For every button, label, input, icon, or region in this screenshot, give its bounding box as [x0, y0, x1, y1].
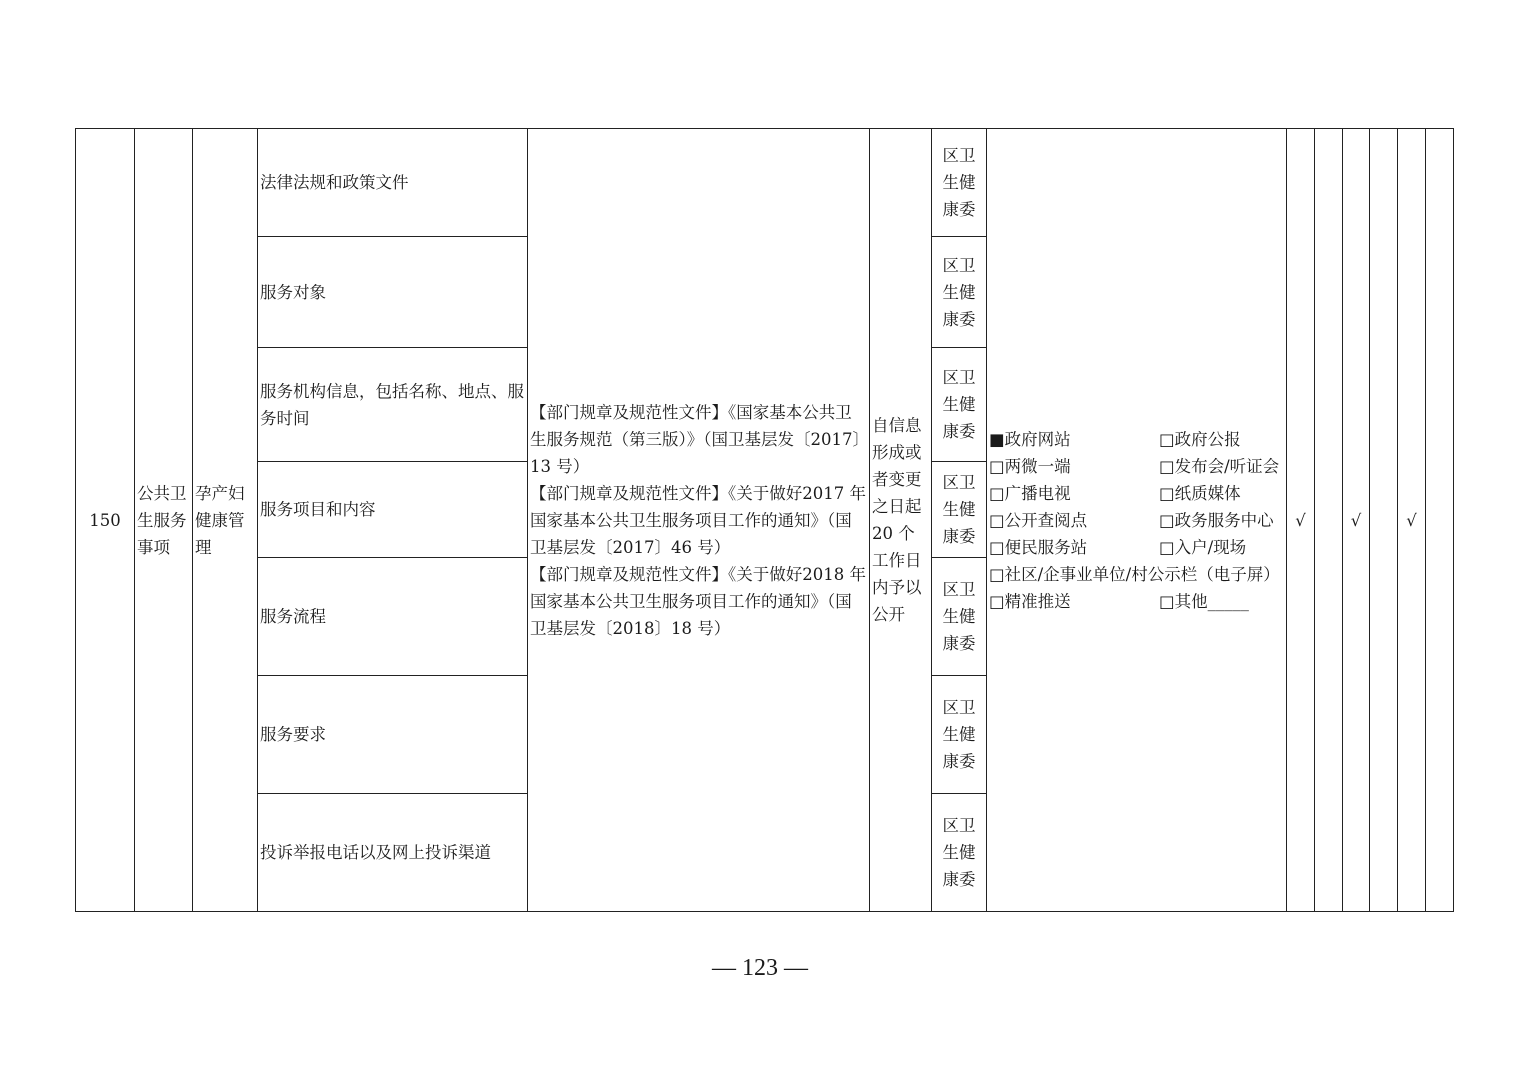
department-cell: 区卫生健康委 — [932, 676, 987, 794]
checkbox-icon: □ — [1159, 484, 1175, 503]
disclosure-table: 150 公共卫生服务事项 孕产妇健康管理 法律法规和政策文件 【部门规章及规范性… — [75, 128, 1454, 912]
basis-cell: 【部门规章及规范性文件】《国家基本公共卫生服务规范（第三版）》（国卫基层发〔20… — [528, 129, 870, 912]
channel-option: □政务服务中心 — [1159, 507, 1279, 534]
channel-option: □发布会/听证会 — [1159, 453, 1284, 480]
check-mark-icon: √ — [1287, 129, 1315, 912]
checkbox-icon: □ — [989, 592, 1005, 611]
channel-option: □两微一端 — [989, 453, 1159, 480]
subcategory-cell: 孕产妇健康管理 — [193, 129, 258, 912]
basis-entry: 【部门规章及规范性文件】《关于做好2017 年国家基本公共卫生服务项目工作的通知… — [530, 480, 867, 561]
checkbox-icon: □ — [1159, 457, 1175, 476]
item-content: 法律法规和政策文件 — [258, 129, 528, 237]
item-content: 服务对象 — [258, 237, 528, 348]
empty-mark-cell — [1370, 129, 1398, 912]
channel-option: ■政府网站 — [989, 426, 1159, 453]
row-number: 150 — [76, 129, 135, 912]
checkbox-icon: □ — [989, 538, 1005, 557]
checkbox-icon: □ — [1159, 538, 1175, 557]
checkbox-icon: □ — [989, 565, 1005, 584]
category-cell: 公共卫生服务事项 — [135, 129, 193, 912]
check-mark-icon: √ — [1343, 129, 1370, 912]
department-cell: 区卫生健康委 — [932, 462, 987, 558]
channel-option: □入户/现场 — [1159, 534, 1246, 561]
checkbox-icon: □ — [1159, 511, 1175, 530]
channel-option: □精准推送 — [989, 588, 1159, 615]
channel-option: □纸质媒体 — [1159, 480, 1241, 507]
checkbox-icon: □ — [989, 484, 1005, 503]
checkbox-icon: □ — [1159, 430, 1175, 449]
item-content: 服务项目和内容 — [258, 462, 528, 558]
item-content: 服务机构信息，包括名称、地点、服务时间 — [258, 348, 528, 462]
checkbox-icon: □ — [989, 457, 1005, 476]
channels-cell: ■政府网站 □政府公报 □两微一端 □发布会/听证会 □广播电视 □纸质媒体 □… — [987, 129, 1287, 912]
department-cell: 区卫生健康委 — [932, 794, 987, 912]
channel-option: □社区/企事业单位/村公示栏（电子屏） — [989, 561, 1284, 588]
item-content: 服务流程 — [258, 558, 528, 676]
checkbox-icon: □ — [989, 511, 1005, 530]
department-cell: 区卫生健康委 — [932, 348, 987, 462]
empty-mark-cell — [1426, 129, 1454, 912]
empty-mark-cell — [1315, 129, 1343, 912]
channel-option: □公开查阅点 — [989, 507, 1159, 534]
checkbox-icon: □ — [1159, 592, 1175, 611]
timeframe-cell: 自信息形成或者变更之日起20 个工作日内予以公开 — [870, 129, 932, 912]
page-number: — 123 — — [0, 955, 1520, 982]
channel-option: □其他_____ — [1159, 588, 1249, 615]
department-cell: 区卫生健康委 — [932, 558, 987, 676]
channel-option: □广播电视 — [989, 480, 1159, 507]
item-content: 服务要求 — [258, 676, 528, 794]
basis-entry: 【部门规章及规范性文件】《关于做好2018 年国家基本公共卫生服务项目工作的通知… — [530, 561, 867, 642]
department-cell: 区卫生健康委 — [932, 237, 987, 348]
checkbox-checked-icon: ■ — [989, 430, 1005, 449]
channel-option: □便民服务站 — [989, 534, 1159, 561]
check-mark-icon: √ — [1398, 129, 1426, 912]
item-content: 投诉举报电话以及网上投诉渠道 — [258, 794, 528, 912]
department-cell: 区卫生健康委 — [932, 129, 987, 237]
channel-option: □政府公报 — [1159, 426, 1241, 453]
basis-entry: 【部门规章及规范性文件】《国家基本公共卫生服务规范（第三版）》（国卫基层发〔20… — [530, 399, 867, 480]
